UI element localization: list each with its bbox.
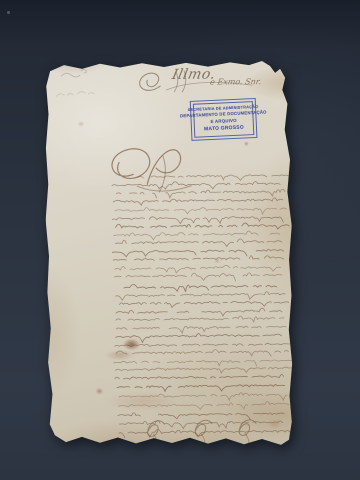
manuscript-page: Illmo. e Exmo. Snr. SECRETARIA DE ADMINI… (44, 60, 296, 449)
handwriting-layer (44, 60, 296, 449)
archive-stamp: SECRETARIA DE ADMINISTRAÇÃO DEPARTAMENTO… (190, 98, 258, 141)
salutation-text-rest: e Exmo. Snr. (209, 77, 262, 87)
stamp-line-3: E ARQUIVO (210, 118, 237, 126)
salutation: Illmo. e Exmo. Snr. (132, 65, 258, 100)
stamp-line-1: SECRETARIA DE ADMINISTRAÇÃO (188, 104, 259, 113)
paper-shadow-wrap: Illmo. e Exmo. Snr. SECRETARIA DE ADMINI… (0, 0, 360, 480)
stamp-line-2: DEPARTAMENTO DE DOCUMENTAÇÃO (180, 110, 267, 121)
stamp-line-4: MATO GROSSO (204, 124, 244, 134)
photo-of-manuscript: { "photo": { "background_color": "#2b334… (0, 0, 360, 480)
